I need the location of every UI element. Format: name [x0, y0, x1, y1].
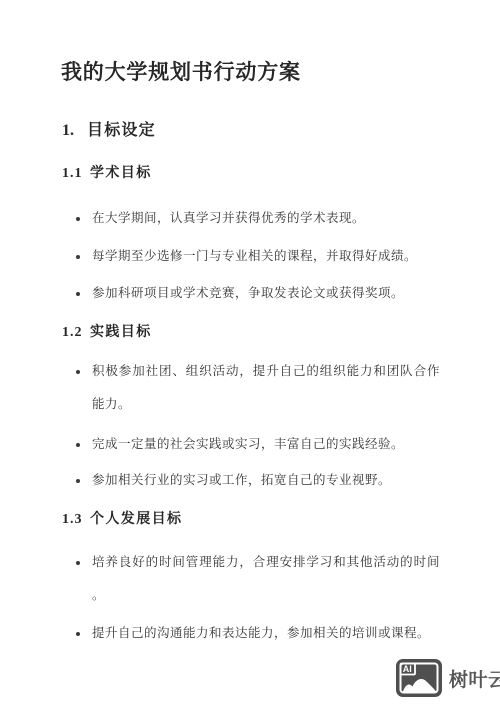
bullet-text: 提升自己的沟通能力和表达能力，参加相关的培训或课程。: [92, 617, 440, 650]
bullet-dot-icon: [76, 370, 80, 374]
section-heading-text: 目标设定: [87, 122, 156, 139]
document-title: 我的大学规划书行动方案: [61, 59, 301, 86]
bullet-item: 每学期至少选修一门与专业相关的课程，并取得好成绩。: [76, 240, 440, 273]
section-number: 1.: [62, 122, 87, 140]
bullet-item: 完成一定量的社会实践或实习，丰富自己的实践经验。: [76, 428, 440, 461]
bullet-dot-icon: [76, 561, 80, 565]
bullet-dot-icon: [76, 292, 80, 296]
bullet-item: 在大学期间，认真学习并获得优秀的学术表现。: [76, 202, 440, 235]
bullet-text: 在大学期间，认真学习并获得优秀的学术表现。: [92, 202, 440, 235]
bullet-text: 参加相关行业的实习或工作，拓宽自己的专业视野。: [92, 464, 440, 497]
document-page: 我的大学规划书行动方案 1.目标设定 1.1学术目标 在大学期间，认真学习并获得…: [0, 0, 500, 707]
bullet-dot-icon: [76, 255, 80, 259]
bullet-item: 积极参加社团、组织活动，提升自己的组织能力和团队合作能力。: [76, 355, 440, 421]
subsection-heading-text: 学术目标: [90, 166, 152, 181]
bullet-text: 参加科研项目或学术竞赛，争取发表论文或获得奖项。: [92, 277, 440, 310]
bullet-dot-icon: [76, 479, 80, 483]
subsection-number: 1.2: [62, 325, 90, 341]
bullet-text: 每学期至少选修一门与专业相关的课程，并取得好成绩。: [92, 240, 440, 273]
subsection-heading-personal: 1.3个人发展目标: [62, 512, 182, 528]
bullet-dot-icon: [76, 632, 80, 636]
bullet-item: 培养良好的时间管理能力，合理安排学习和其他活动的时间。: [76, 546, 440, 612]
ai-image-logo-icon: AI: [396, 659, 442, 698]
brand-name: 树叶云: [449, 665, 500, 692]
bullet-item: 参加科研项目或学术竞赛，争取发表论文或获得奖项。: [76, 277, 440, 310]
section-heading: 1.目标设定: [62, 122, 156, 140]
bullet-text: 积极参加社团、组织活动，提升自己的组织能力和团队合作能力。: [92, 355, 440, 421]
bullet-text: 培养良好的时间管理能力，合理安排学习和其他活动的时间。: [92, 546, 440, 612]
subsection-number: 1.1: [62, 166, 90, 182]
bullet-dot-icon: [76, 217, 80, 221]
bullet-item: 参加相关行业的实习或工作，拓宽自己的专业视野。: [76, 464, 440, 497]
subsection-heading-text: 个人发展目标: [90, 512, 182, 527]
subsection-number: 1.3: [62, 512, 90, 528]
bullet-dot-icon: [76, 443, 80, 447]
subsection-heading-text: 实践目标: [90, 325, 152, 340]
bullet-text: 完成一定量的社会实践或实习，丰富自己的实践经验。: [92, 428, 440, 461]
subsection-heading-practice: 1.2实践目标: [62, 325, 152, 341]
subsection-heading-academic: 1.1学术目标: [62, 166, 152, 182]
watermark: AI 树叶云: [396, 659, 500, 698]
bullet-item: 提升自己的沟通能力和表达能力，参加相关的培训或课程。: [76, 617, 440, 650]
ai-label: AI: [403, 664, 412, 674]
